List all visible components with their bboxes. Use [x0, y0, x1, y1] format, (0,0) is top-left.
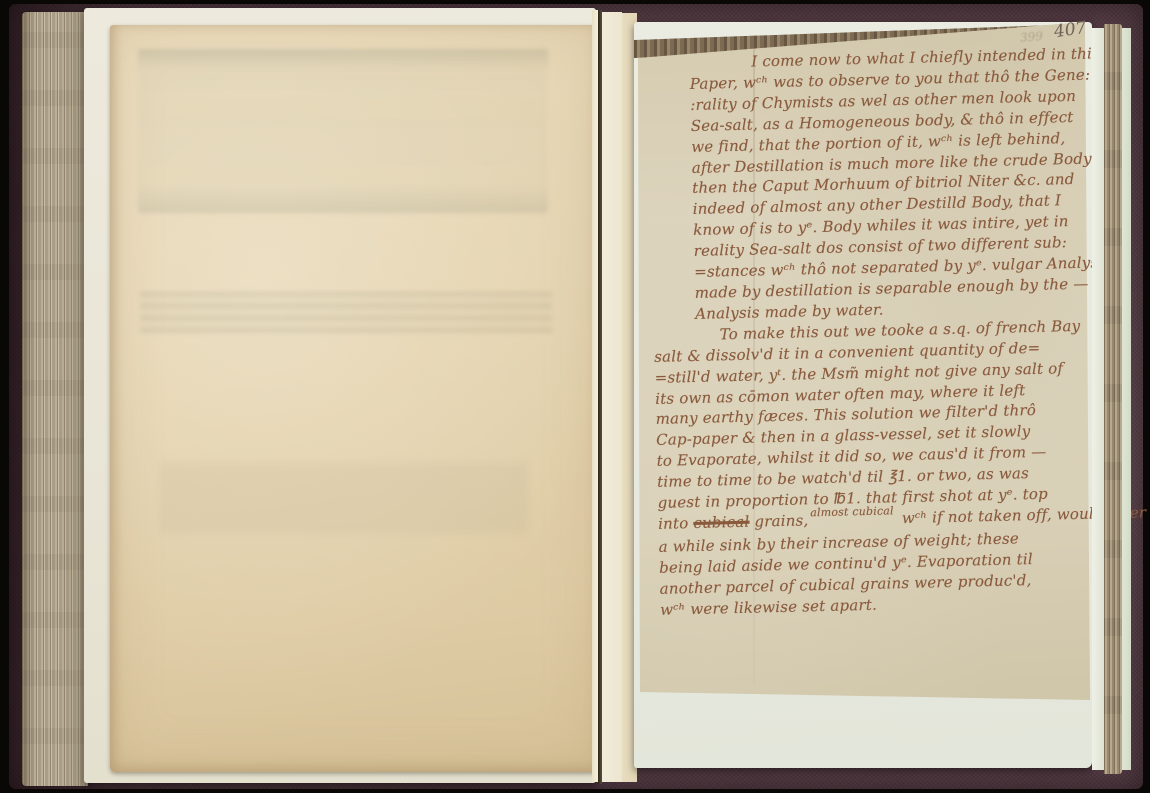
struck-word: cubical	[693, 513, 749, 532]
right-page-fore-edges	[1104, 24, 1122, 774]
manuscript-paragraph: I come now to what I chiefly intended in…	[689, 44, 1087, 325]
showthrough-ghost-upper	[138, 49, 548, 213]
showthrough-ghost-middle	[140, 292, 552, 334]
showthrough-ghost-lower	[160, 463, 528, 533]
gutter-page-strip	[602, 12, 622, 782]
left-blank-leaf	[110, 25, 596, 772]
faint-previous-folio-number: 399	[1019, 29, 1043, 45]
interlinear-insertion: almost cubical	[810, 501, 894, 524]
right-endpaper-strip	[1122, 28, 1131, 770]
left-page-fore-edges	[22, 12, 88, 786]
manuscript-segment: into	[658, 514, 694, 533]
book-scan: I come now to what I chiefly intended in…	[0, 0, 1150, 793]
manuscript-text: I come now to what I chiefly intended in…	[645, 44, 1094, 621]
manuscript-paragraph: To make this out we tooke a s.q. of fren…	[653, 315, 1094, 620]
manuscript-segment: grains,	[749, 511, 808, 530]
right-mount-edge-strip	[1092, 28, 1104, 770]
